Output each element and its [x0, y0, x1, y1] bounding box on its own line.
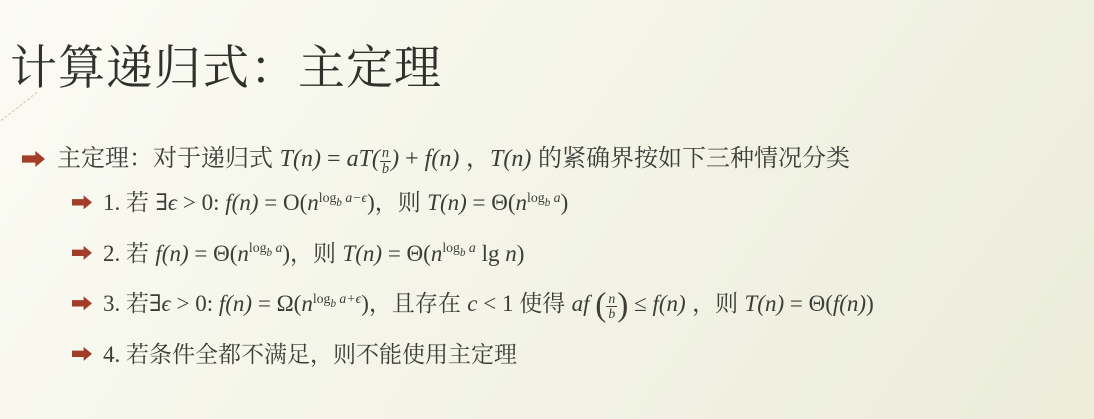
text-segment: 3.: [103, 291, 126, 316]
text-segment: ，则: [290, 240, 342, 266]
text-segment: f(n): [225, 190, 264, 215]
text-segment: aT(: [347, 146, 380, 172]
text-segment: T(n): [342, 241, 387, 266]
bullet-text: 4. 若条件全都不满足，则不能使用主定理: [103, 337, 517, 373]
text-segment: ，且存在: [369, 290, 467, 316]
text-segment: a: [465, 240, 475, 255]
text-segment: ): [517, 241, 525, 266]
bullet-text: 主定理：对于递归式 T(n) = aT(nb) + f(n) ，T(n) 的紧确…: [57, 141, 850, 177]
text-segment: ): [391, 146, 405, 172]
text-segment: = O(: [264, 190, 307, 215]
text-segment: f(n): [219, 291, 258, 316]
fraction-numerator: n: [606, 292, 617, 306]
text-segment: = Θ(: [194, 241, 237, 266]
text-segment: 4.: [103, 342, 126, 367]
fraction: nb: [380, 146, 391, 177]
text-segment: f(n): [425, 146, 460, 172]
text-segment: a−ϵ: [342, 190, 367, 205]
text-segment: ): [561, 190, 569, 215]
fraction-denominator: b: [606, 306, 617, 321]
text-segment: ϵ: [161, 291, 176, 316]
page-title: 计算递归式：主定理: [10, 31, 442, 98]
text-segment: ): [617, 287, 628, 324]
text-segment: > 0:: [183, 190, 225, 215]
text-segment: n: [516, 190, 528, 215]
text-segment: ≤: [628, 291, 652, 316]
text-segment: f(n): [653, 291, 686, 316]
text-segment: 若: [126, 240, 155, 266]
text-segment: T(n): [280, 146, 327, 172]
text-segment: ): [361, 291, 369, 316]
text-segment: 的紧确界按如下三种情况分类: [531, 145, 850, 172]
text-segment: 若条件全都不满足，则不能使用主定理: [126, 341, 517, 367]
text-segment: f(n): [833, 291, 866, 316]
text-segment: ，则: [686, 290, 745, 316]
text-segment: lg: [476, 241, 505, 266]
arrow-bullet-icon: [72, 195, 92, 209]
text-segment: c: [467, 291, 483, 316]
arrow-bullet-icon: [72, 347, 92, 361]
text-segment: ，则: [375, 189, 427, 215]
text-segment: T(n): [427, 190, 472, 215]
arrow-bullet-icon: [72, 296, 92, 310]
text-segment: log: [249, 240, 267, 255]
text-segment: ): [866, 291, 874, 316]
text-segment: ): [367, 190, 375, 215]
text-segment: = Θ(: [790, 291, 833, 316]
fraction-denominator: b: [380, 161, 391, 177]
text-segment: ϵ: [168, 190, 183, 215]
text-segment: n: [301, 291, 313, 316]
bullet-list: 主定理：对于递归式 T(n) = aT(nb) + f(n) ，T(n) 的紧确…: [22, 141, 1090, 387]
text-segment: ，: [459, 145, 490, 172]
text-segment: = Ω(: [258, 291, 301, 316]
bullet-item: 1. 若 ∃ϵ > 0: f(n) = O(nlogb a−ϵ)，则 T(n) …: [72, 185, 1090, 221]
text-segment: ∃: [155, 190, 167, 215]
bullet-item: 3. 若∃ϵ > 0: f(n) = Ω(nlogb a+ϵ)，且存在 c < …: [72, 286, 1090, 322]
superscript: logb a: [442, 240, 476, 255]
arrow-bullet-icon: [22, 151, 45, 167]
bullet-item: 主定理：对于递归式 T(n) = aT(nb) + f(n) ，T(n) 的紧确…: [22, 141, 1090, 177]
text-segment: af: [572, 291, 596, 316]
text-segment: +: [405, 146, 425, 172]
text-segment: T(n): [490, 146, 531, 172]
bullet-item: 4. 若条件全都不满足，则不能使用主定理: [72, 337, 1090, 373]
text-segment: 使得: [519, 290, 571, 316]
text-segment: n: [237, 241, 249, 266]
text-segment: n: [505, 241, 517, 266]
text-segment: = Θ(: [388, 241, 431, 266]
text-segment: log: [313, 291, 331, 306]
text-segment: log: [319, 190, 337, 205]
text-segment: = Θ(: [473, 190, 516, 215]
text-segment: 主定理：对于递归式: [57, 145, 280, 172]
text-segment: a+ϵ: [336, 291, 361, 306]
bullet-text: 1. 若 ∃ϵ > 0: f(n) = O(nlogb a−ϵ)，则 T(n) …: [103, 185, 568, 221]
superscript: logb a: [527, 190, 561, 205]
fraction-numerator: n: [380, 146, 391, 161]
bullet-text: 2. 若 f(n) = Θ(nlogb a)，则 T(n) = Θ(nlogb …: [103, 236, 524, 272]
fraction: nb: [606, 292, 617, 322]
superscript: logb a+ϵ: [313, 291, 361, 306]
text-segment: log: [442, 240, 460, 255]
text-segment: T(n): [745, 291, 790, 316]
text-segment: 1.: [103, 190, 126, 215]
text-segment: ∃: [149, 291, 161, 316]
text-segment: =: [327, 146, 347, 172]
text-segment: 若: [126, 189, 155, 215]
bullet-text: 3. 若∃ϵ > 0: f(n) = Ω(nlogb a+ϵ)，且存在 c < …: [103, 286, 874, 322]
text-segment: > 0:: [177, 291, 219, 316]
text-segment: n: [307, 190, 319, 215]
superscript: logb a: [249, 240, 283, 255]
text-segment: ): [282, 241, 290, 266]
text-segment: 若: [126, 290, 149, 316]
text-segment: a: [550, 190, 560, 205]
text-segment: f(n): [155, 241, 194, 266]
bullet-item: 2. 若 f(n) = Θ(nlogb a)，则 T(n) = Θ(nlogb …: [72, 236, 1090, 272]
text-segment: (: [595, 287, 606, 324]
slide: 计算递归式：主定理 主定理：对于递归式 T(n) = aT(nb) + f(n)…: [0, 0, 1094, 419]
arrow-bullet-icon: [72, 246, 92, 260]
text-segment: a: [272, 240, 282, 255]
text-segment: log: [527, 190, 545, 205]
superscript: logb a−ϵ: [319, 190, 367, 205]
text-segment: n: [431, 241, 443, 266]
text-segment: 2.: [103, 241, 126, 266]
text-segment: < 1: [483, 291, 519, 316]
